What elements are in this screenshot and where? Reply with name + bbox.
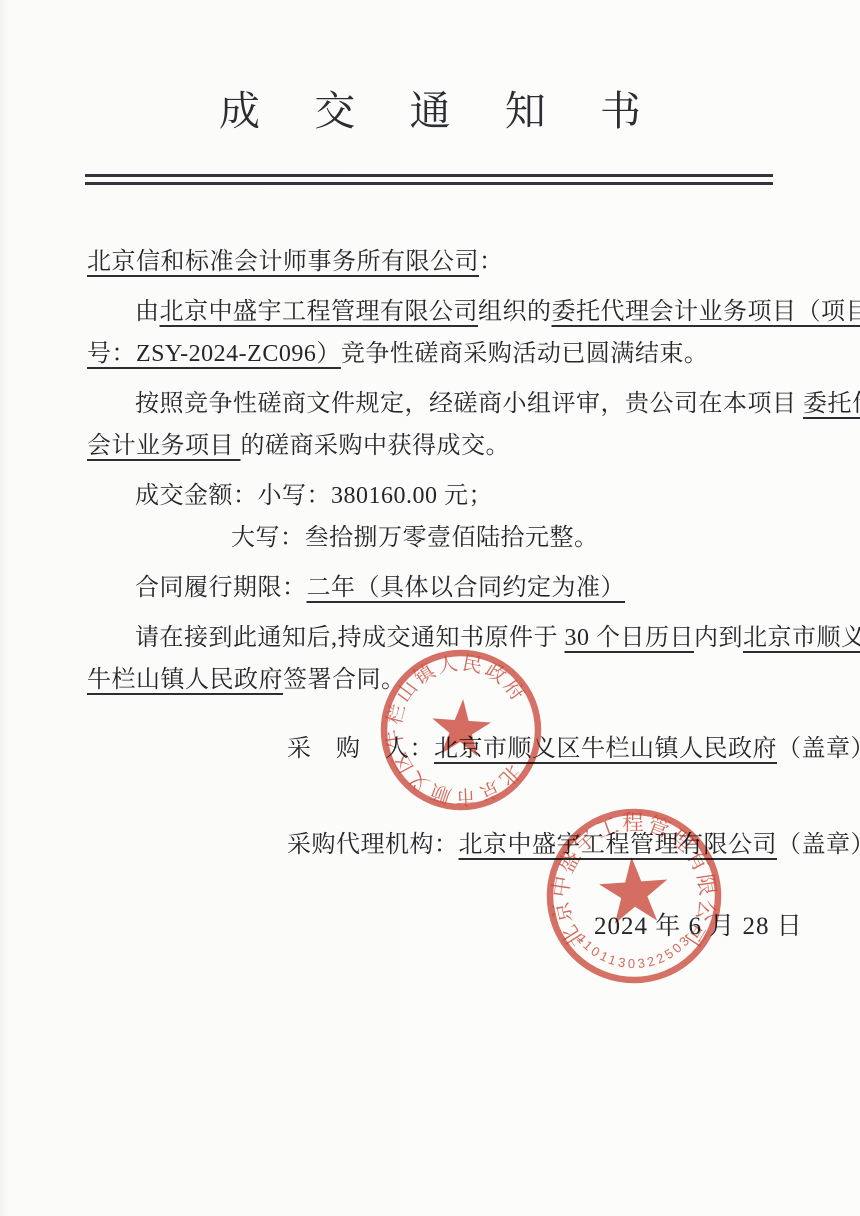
agency-seal-note: （盖章） — [777, 832, 860, 858]
text-run: 请在接到此通知后,持成交通知书原件于 — [135, 625, 565, 651]
text-run: 签署合同。 — [283, 667, 406, 693]
doc-line: 成交金额：小写：380160.00 元； — [87, 475, 775, 517]
purchaser-signature-line: 采 购 人：北京市顺义区牛栏山镇人民政府（盖章） — [287, 728, 860, 763]
doc-line: 按照竞争性磋商文件规定，经磋商小组评审，贵公司在本项目 委托代理 — [87, 383, 775, 425]
doc-line: 牛栏山镇人民政府签署合同。 — [87, 659, 775, 701]
underlined-text: 会计业务项目 — [87, 433, 241, 459]
agency-name: 北京中盛宇工程管理有限公司 — [459, 832, 778, 858]
doc-line: 由北京中盛宇工程管理有限公司组织的委托代理会计业务项目（项目编 — [87, 291, 775, 333]
doc-line: 会计业务项目 的磋商采购中获得成交。 — [87, 425, 775, 467]
document-date: 2024 年 6 月 28 日 — [594, 906, 803, 942]
doc-line: 大写：叁拾捌万零壹佰陆拾元整。 — [87, 517, 775, 559]
underlined-text: 二年（具体以合同约定为准） — [307, 575, 626, 601]
text-run: ： — [479, 249, 504, 275]
doc-line: 请在接到此通知后,持成交通知书原件于 30 个日历日内到北京市顺义区 — [87, 617, 775, 659]
underlined-text: 北京中盛宇工程管理有限公司 — [160, 299, 479, 325]
text-run: 组织的 — [478, 299, 552, 325]
agency-signature-line: 采购代理机构：北京中盛宇工程管理有限公司（盖章） — [287, 824, 860, 859]
text-run: 按照竞争性磋商文件规定，经磋商小组评审，贵公司在本项目 — [135, 391, 803, 417]
text-run: 合同履行期限： — [135, 575, 307, 601]
text-run: 由 — [135, 299, 160, 325]
underlined-text: 30 个日历日 — [565, 625, 695, 651]
doc-line: 号：ZSY-2024-ZC096）竞争性磋商采购活动已圆满结束。 — [87, 333, 775, 375]
rule-bottom — [85, 182, 773, 185]
doc-line: 合同履行期限：二年（具体以合同约定为准） — [87, 567, 775, 609]
agency-label: 采购代理机构： — [287, 832, 459, 858]
header-double-rule — [85, 174, 773, 186]
underlined-text: 委托代理 — [803, 391, 860, 417]
document-title: 成 交 通 知 书 — [0, 78, 860, 137]
document-body: 北京信和标准会计师事务所有限公司：由北京中盛宇工程管理有限公司组织的委托代理会计… — [87, 233, 775, 701]
text-run: 竞争性磋商采购活动已圆满结束。 — [341, 341, 709, 367]
text-run: 内到 — [694, 625, 743, 651]
underlined-text: 委托代理会计业务项目（项目编 — [552, 299, 860, 325]
underlined-text: 北京市顺义区 — [743, 625, 860, 651]
text-run: 成交金额：小写：380160.00 元； — [135, 483, 493, 509]
purchaser-name: 北京市顺义区牛栏山镇人民政府 — [434, 736, 777, 762]
doc-line: 北京信和标准会计师事务所有限公司： — [87, 241, 775, 283]
underlined-text: 北京信和标准会计师事务所有限公司 — [87, 249, 479, 275]
purchaser-label: 采 购 人： — [287, 736, 434, 762]
text-run: 大写：叁拾捌万零壹佰陆拾元整。 — [231, 525, 599, 551]
purchaser-seal-note: （盖章） — [777, 736, 860, 762]
scanned-document-page: 成 交 通 知 书 北京信和标准会计师事务所有限公司：由北京中盛宇工程管理有限公… — [0, 0, 860, 1216]
text-run: 的磋商采购中获得成交。 — [241, 433, 511, 459]
underlined-text: 牛栏山镇人民政府 — [87, 667, 283, 693]
underlined-text: 号：ZSY-2024-ZC096） — [87, 341, 341, 367]
